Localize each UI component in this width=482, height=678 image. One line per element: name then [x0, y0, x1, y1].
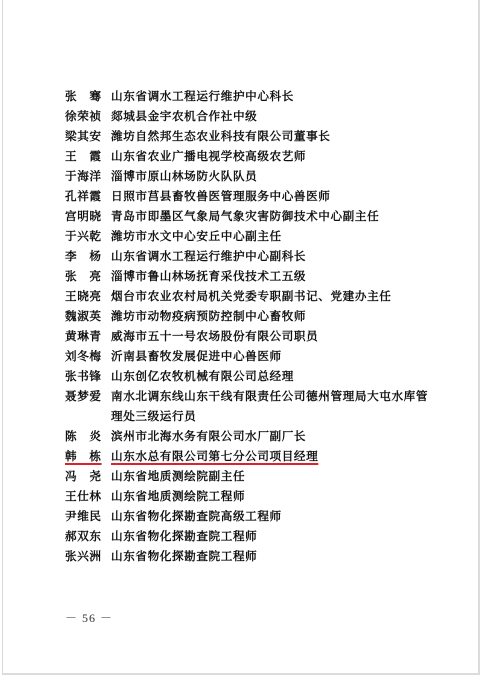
highlighted-list-item: 韩 栋山东水总有限公司第七分公司项目经理	[65, 446, 435, 466]
person-name: 李 杨	[65, 246, 111, 266]
list-item: 张书锋山东创亿农牧机械有限公司总经理	[65, 366, 435, 386]
list-item: 于海洋淄博市原山林场防火队队员	[65, 166, 435, 186]
page-number: － 56 －	[65, 609, 113, 626]
person-name: 于兴乾	[65, 226, 111, 246]
person-name: 陈 炎	[65, 426, 111, 446]
person-title: 郯城县金宇农机合作社中级	[111, 106, 435, 126]
person-title: 淄博市鲁山林场抚育采伐技术工五级	[111, 266, 435, 286]
person-name: 聂梦爱	[65, 386, 111, 406]
person-title: 山东省物化探勘查院高级工程师	[111, 506, 435, 526]
list-item: 徐荣祯郯城县金宇农机合作社中级	[65, 106, 435, 126]
list-item: 陈 炎滨州市北海水务有限公司水厂副厂长	[65, 426, 435, 446]
list-item: 张 骞山东省调水工程运行维护中心科长	[65, 86, 435, 106]
person-name: 黄琳青	[65, 326, 111, 346]
list-item: 梁其安潍坊自然邦生态农业科技有限公司董事长	[65, 126, 435, 146]
person-name: 宫明晓	[65, 206, 111, 226]
person-name: 徐荣祯	[65, 106, 111, 126]
list-item: 李 杨山东省调水工程运行维护中心副科长	[65, 246, 435, 266]
person-name: 张 骞	[65, 86, 111, 106]
list-item: 于兴乾潍坊市水文中心安丘中心副主任	[65, 226, 435, 246]
list-item: 王仕林山东省地质测绘院工程师	[65, 486, 435, 506]
list-item: 刘冬梅沂南县畜牧发展促进中心兽医师	[65, 346, 435, 366]
person-name: 尹维民	[65, 506, 111, 526]
document-page: 张 骞山东省调水工程运行维护中心科长 徐荣祯郯城县金宇农机合作社中级 梁其安潍坊…	[2, 0, 480, 675]
person-title: 山东省物化探勘查院工程师	[111, 546, 435, 566]
person-title: 日照市莒县畜牧兽医管理服务中心兽医师	[111, 186, 435, 206]
personnel-list: 张 骞山东省调水工程运行维护中心科长 徐荣祯郯城县金宇农机合作社中级 梁其安潍坊…	[65, 86, 435, 566]
person-name: 魏淑英	[65, 306, 111, 326]
list-item: 王 霞山东省农业广播电视学校高级农艺师	[65, 146, 435, 166]
person-title: 山东省地质测绘院副主任	[111, 466, 435, 486]
person-name: 王 霞	[65, 146, 111, 166]
person-title: 山东省物化探勘查院工程师	[111, 526, 435, 546]
person-title: 山东省调水工程运行维护中心科长	[111, 86, 435, 106]
list-item: 尹维民山东省物化探勘查院高级工程师	[65, 506, 435, 526]
person-name: 王仕林	[65, 486, 111, 506]
person-title: 山东省农业广播电视学校高级农艺师	[111, 146, 435, 166]
person-title: 南水北调东线山东干线有限责任公司德州管理局大屯水库管理处三级运行员	[111, 386, 435, 426]
person-name: 郝双东	[65, 526, 111, 546]
person-name: 张书锋	[65, 366, 111, 386]
person-name: 冯 尧	[65, 466, 111, 486]
list-item: 张 亮淄博市鲁山林场抚育采伐技术工五级	[65, 266, 435, 286]
person-title: 潍坊市动物疫病预防控制中心畜牧师	[111, 306, 435, 326]
person-title: 青岛市即墨区气象局气象灾害防御技术中心副主任	[111, 206, 435, 226]
person-name: 梁其安	[65, 126, 111, 146]
list-item: 张兴洲山东省物化探勘查院工程师	[65, 546, 435, 566]
person-name: 刘冬梅	[65, 346, 111, 366]
person-name: 张兴洲	[65, 546, 111, 566]
list-item: 宫明晓青岛市即墨区气象局气象灾害防御技术中心副主任	[65, 206, 435, 226]
list-item: 郝双东山东省物化探勘查院工程师	[65, 526, 435, 546]
person-title: 淄博市原山林场防火队队员	[111, 166, 435, 186]
person-name: 王晓亮	[65, 286, 111, 306]
person-name: 张 亮	[65, 266, 111, 286]
person-title: 山东省地质测绘院工程师	[111, 486, 435, 506]
list-item: 王晓亮烟台市农业农村局机关党委专职副书记、党建办主任	[65, 286, 435, 306]
person-title: 潍坊自然邦生态农业科技有限公司董事长	[111, 126, 435, 146]
person-name: 韩 栋	[65, 446, 111, 466]
person-title: 山东创亿农牧机械有限公司总经理	[111, 366, 435, 386]
person-title: 沂南县畜牧发展促进中心兽医师	[111, 346, 435, 366]
list-item: 魏淑英潍坊市动物疫病预防控制中心畜牧师	[65, 306, 435, 326]
person-title: 烟台市农业农村局机关党委专职副书记、党建办主任	[111, 286, 435, 306]
person-title: 威海市五十一号农场股份有限公司职员	[111, 326, 435, 346]
person-name: 于海洋	[65, 166, 111, 186]
person-title: 山东省调水工程运行维护中心副科长	[111, 246, 435, 266]
person-name: 孔祥霞	[65, 186, 111, 206]
person-title: 潍坊市水文中心安丘中心副主任	[111, 226, 435, 246]
list-item: 冯 尧山东省地质测绘院副主任	[65, 466, 435, 486]
list-item: 黄琳青威海市五十一号农场股份有限公司职员	[65, 326, 435, 346]
list-item: 孔祥霞日照市莒县畜牧兽医管理服务中心兽医师	[65, 186, 435, 206]
person-title: 滨州市北海水务有限公司水厂副厂长	[111, 426, 435, 446]
person-title: 山东水总有限公司第七分公司项目经理	[111, 446, 435, 466]
list-item: 聂梦爱南水北调东线山东干线有限责任公司德州管理局大屯水库管理处三级运行员	[65, 386, 435, 426]
